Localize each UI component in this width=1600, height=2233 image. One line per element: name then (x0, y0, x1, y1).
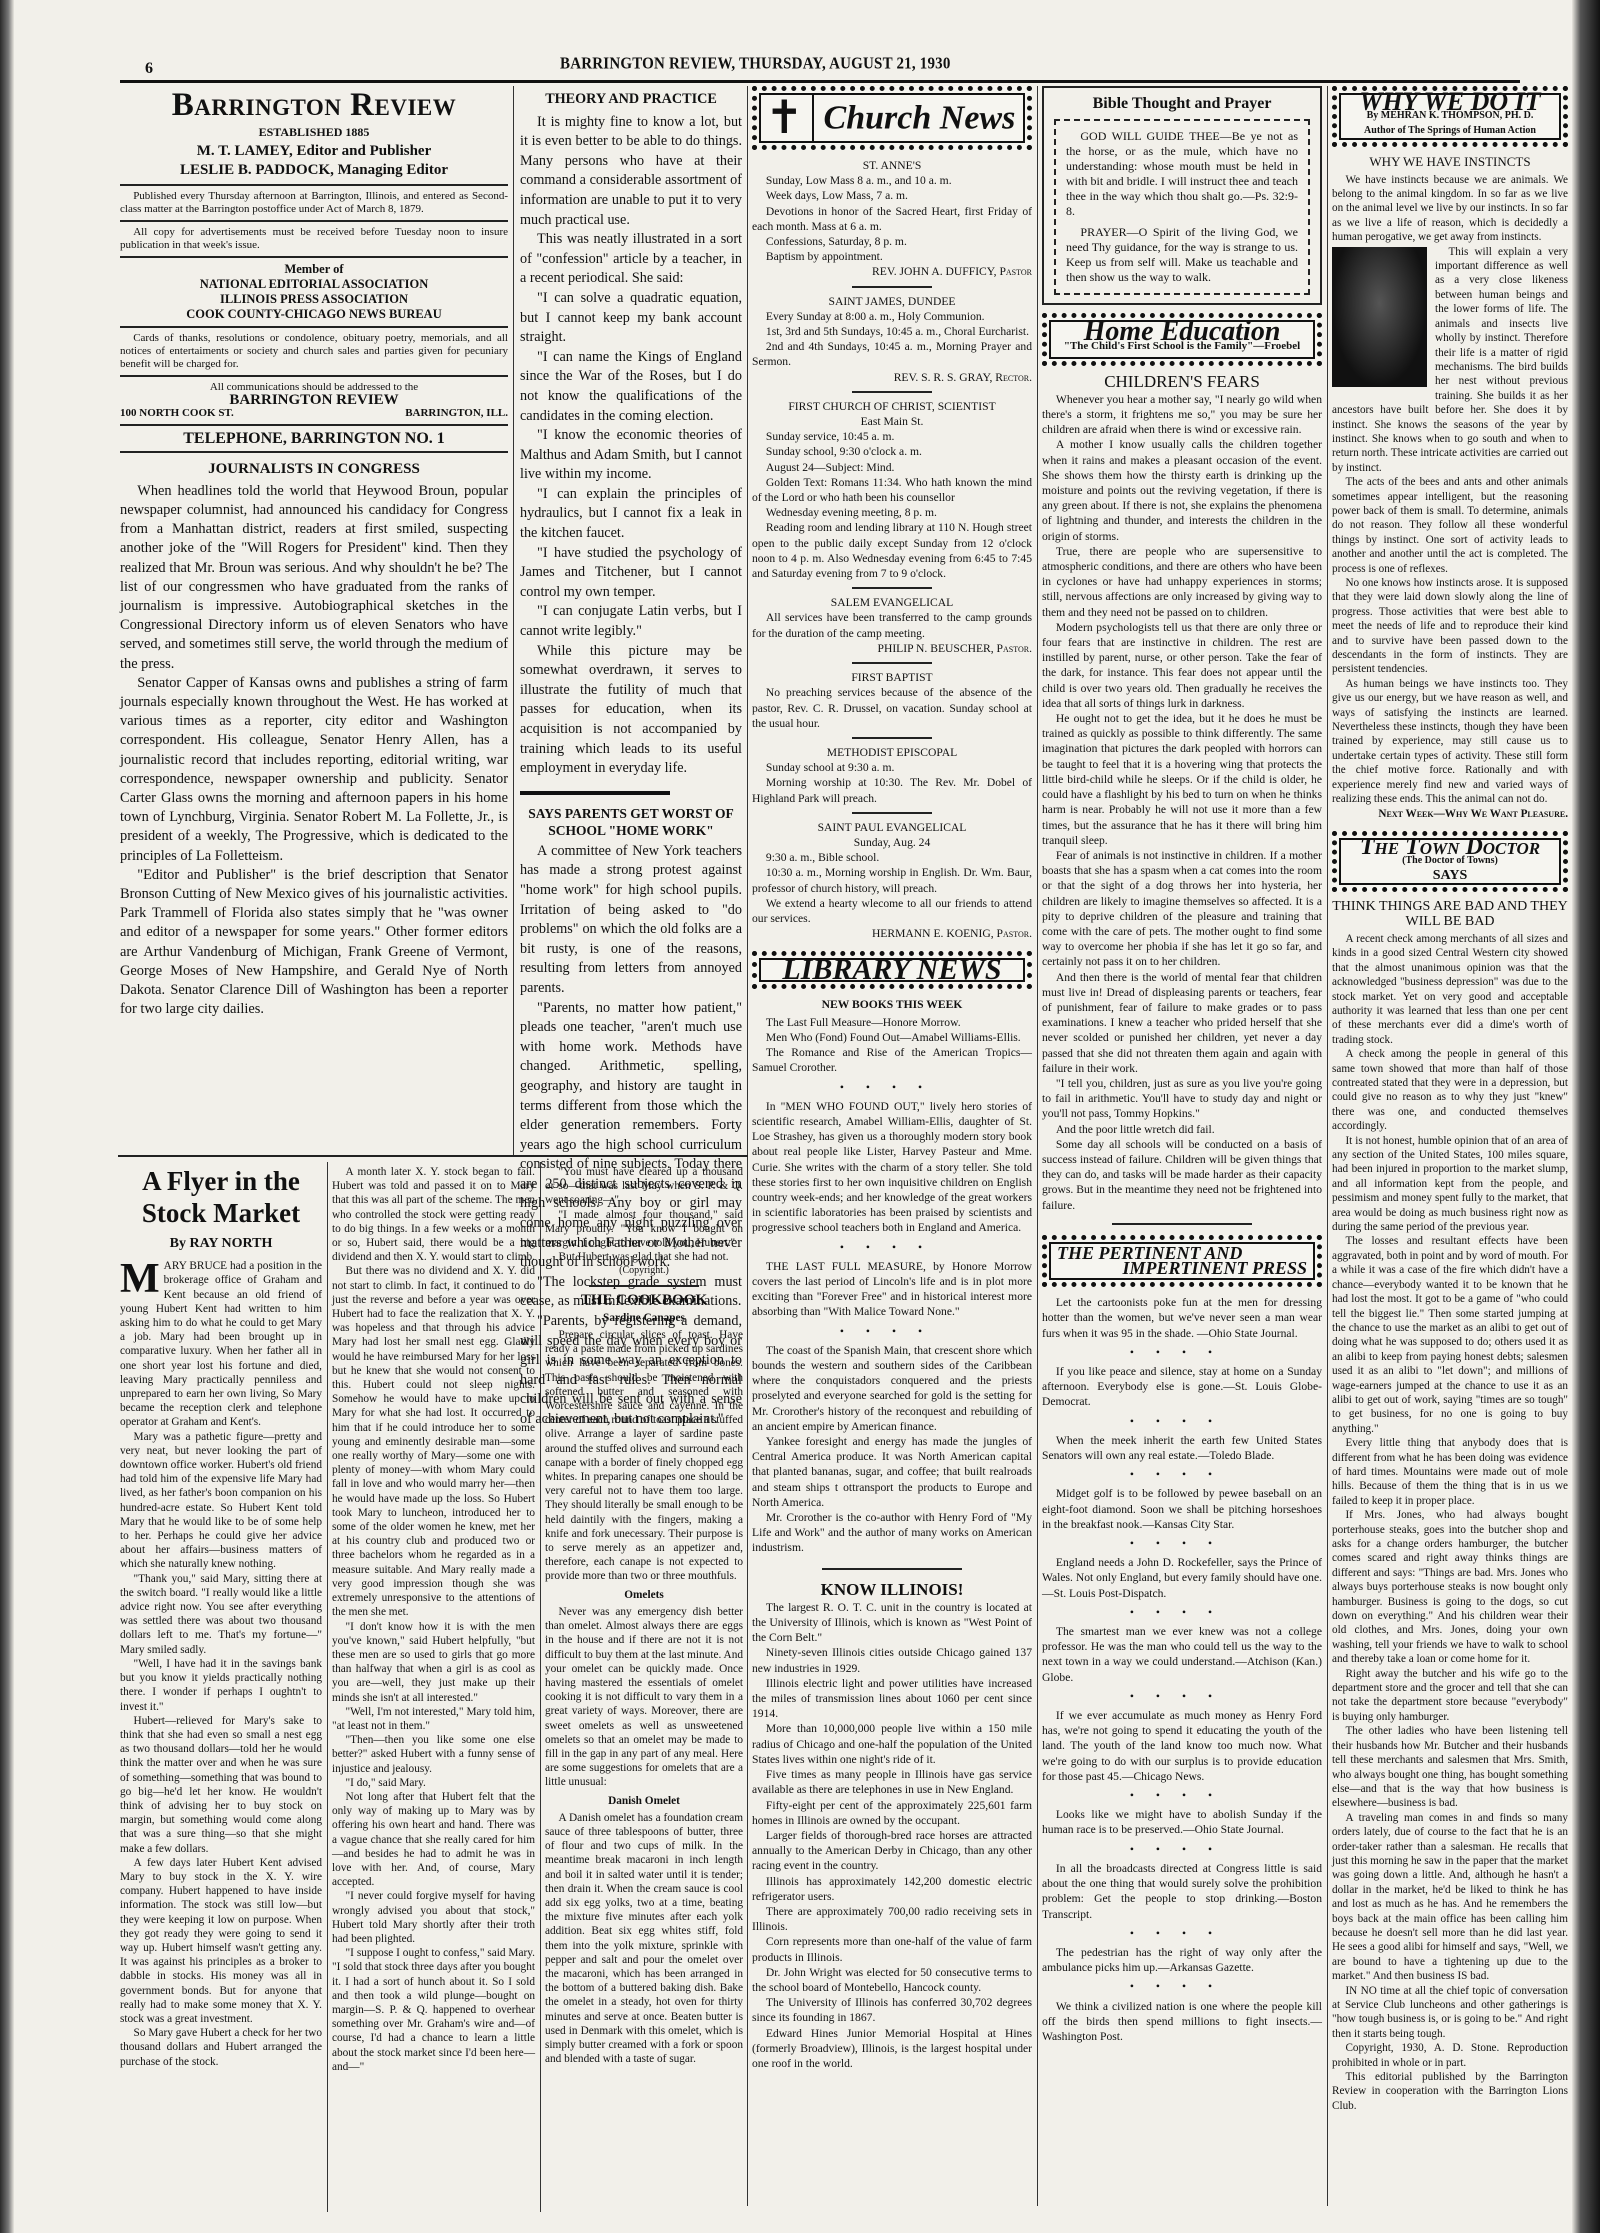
story-copyright: (Copyright.) (545, 1264, 743, 1278)
masthead-ad-notice: All copy for advertisements must be rece… (120, 220, 508, 256)
separator-dots: •••• (752, 1080, 1032, 1095)
church-name: SAINT PAUL EVANGELICAL (752, 820, 1032, 835)
page-scan-edge-left (0, 0, 14, 2233)
homework-heading: SAYS PARENTS GET WORST OF SCHOOL "HOME W… (520, 805, 742, 839)
church-signature: REV. S. R. S. GRAY, Rector. (752, 370, 1032, 385)
library-news-title: LIBRARY NEWS (767, 962, 1017, 977)
town-doctor-article: A recent check among merchants of all si… (1332, 932, 1568, 2113)
recipe-name: Omelets (545, 1588, 743, 1602)
article-paragraph: The acts of the bees and ants and other … (1332, 475, 1568, 576)
illinois-fact: Corn represents more than one-half of th… (752, 1934, 1032, 1964)
story-cookbook-column: "You must have cleared up a thousand or … (545, 1165, 743, 2066)
illinois-fact: Fifty-eight per cent of the approximatel… (752, 1798, 1032, 1828)
illinois-fact: Five times as many people in Illinois ha… (752, 1767, 1032, 1797)
section-rule (822, 1568, 962, 1570)
story-paragraph: "Then—then you like some one else better… (332, 1733, 535, 1776)
article-paragraph: A recent check among merchants of all si… (1332, 932, 1568, 1047)
story-paragraph: But Hubert was glad that she had not. (545, 1250, 743, 1264)
section-rule (852, 286, 932, 288)
book-listing: Men Who (Fond) Found Out—Amabel Williams… (752, 1030, 1032, 1045)
bible-education-column: Bible Thought and Prayer GOD WILL GUIDE … (1042, 86, 1322, 2044)
separator-dots: •••• (1042, 1842, 1322, 1857)
book-review: The coast of the Spanish Main, that cres… (752, 1343, 1032, 1434)
story-paragraph: A month later X. Y. stock began to fail.… (332, 1165, 535, 1264)
column-rule (327, 1162, 328, 2212)
article-paragraph: Every little thing that anybody does tha… (1332, 1436, 1568, 1508)
separator-dots: •••• (1042, 1345, 1322, 1360)
church-signature: PHILIP N. BEUSCHER, Pastor. (752, 641, 1032, 656)
masthead-telephone: TELEPHONE, BARRINGTON NO. 1 (120, 424, 508, 454)
why-we-do-it-banner: WHY WE DO IT By MEHRAN K. THOMPSON, PH. … (1332, 86, 1568, 147)
press-quip: In all the broadcasts directed at Congre… (1042, 1861, 1322, 1922)
address-city: BARRINGTON, ILL. (405, 407, 508, 420)
section-rule (852, 662, 932, 664)
article-paragraph: Senator Capper of Kansas owns and publis… (120, 674, 508, 866)
article-paragraph: And the poor little wretch did fail. (1042, 1122, 1322, 1137)
story-byline: By RAY NORTH (120, 1237, 322, 1251)
story-paragraph: "Well, I'm not interested," Mary told hi… (332, 1705, 535, 1733)
illinois-fact: Edward Hines Junior Memorial Hospital at… (752, 2026, 1032, 2072)
know-illinois-heading: KNOW ILLINOIS! (752, 1582, 1032, 1597)
bible-thought-box: Bible Thought and Prayer GOD WILL GUIDE … (1042, 86, 1322, 305)
church-service-line: Sunday, Low Mass 8 a. m., and 10 a. m. (752, 173, 1032, 188)
article-paragraph: It is not honest, humble opinion that of… (1332, 1134, 1568, 1235)
church-name: ST. ANNE'S (752, 158, 1032, 173)
top-rule (120, 80, 1520, 83)
illinois-fact: Illinois electric light and power utilit… (752, 1676, 1032, 1722)
story-paragraph: Not long after that Hubert felt that the… (332, 1790, 535, 1889)
church-service-line: Devotions in honor of the Sacred Heart, … (752, 204, 1032, 234)
illinois-fact: The University of Illinois has conferred… (752, 1995, 1032, 2025)
article-paragraph: Right away the butcher and his wife go t… (1332, 1667, 1568, 1725)
pertinent-items: Let the cartoonists poke fun at the men … (1042, 1295, 1322, 2044)
cookbook-heading: THE COOKBOOK (545, 1293, 743, 1307)
section-rule (852, 587, 932, 589)
article-paragraph: A traveling man comes in and finds so ma… (1332, 1811, 1568, 1984)
story-paragraph: MARY BRUCE had a position in the brokera… (120, 1259, 322, 1429)
story-text-part-1: MARY BRUCE had a position in the brokera… (120, 1259, 322, 2069)
section-rule (1112, 1223, 1252, 1225)
article-paragraph: A committee of New York teachers has mad… (520, 842, 742, 999)
masthead-editor: M. T. LAMEY, Editor and Publisher (120, 142, 508, 161)
article-paragraph: Copyright, 1930, A. D. Stone. Reproducti… (1332, 2041, 1568, 2070)
church-name: SALEM EVANGELICAL (752, 595, 1032, 610)
book-review: In "MEN WHO FOUND OUT," lively hero stor… (752, 1099, 1032, 1236)
story-column-1: A Flyer in the Stock Market By RAY NORTH… (120, 1165, 322, 2069)
story-paragraph: A few days later Hubert Kent advised Mar… (120, 1856, 322, 2026)
press-quip: England needs a John D. Rockefeller, say… (1042, 1555, 1322, 1601)
church-service-line: Sunday school, 9:30 o'clock a. m. (752, 444, 1032, 459)
home-education-tagline: "The Child's First School is the Family"… (1057, 339, 1307, 354)
section-rule (852, 391, 932, 393)
editorial-column: Barrington Review ESTABLISHED 1885 M. T.… (120, 86, 508, 1019)
column-rule (513, 86, 514, 1156)
article-paragraph: "I tell you, children, just as sure as y… (1042, 1076, 1322, 1122)
journalists-heading: JOURNALISTS IN CONGRESS (120, 461, 508, 479)
address-street: 100 NORTH COOK ST. (120, 407, 234, 420)
address-name: BARRINGTON REVIEW (120, 394, 508, 407)
town-doctor-banner: The Town Doctor (The Doctor of Towns) SA… (1332, 831, 1568, 892)
church-signature: REV. JOHN A. DUFFICY, Pastor (752, 264, 1032, 279)
church-subheading: East Main St. (752, 414, 1032, 429)
church-service-line: 10:30 a. m., Morning worship in English.… (752, 865, 1032, 895)
separator-dots: •••• (752, 1324, 1032, 1339)
church-service-line: Reading room and lending library at 110 … (752, 520, 1032, 581)
story-paragraph: "I do," said Mary. (332, 1776, 535, 1790)
association: NATIONAL EDITORIAL ASSOCIATION (120, 277, 508, 292)
page-scan-edge-right (1572, 0, 1600, 2233)
story-paragraph: But there was no dividend and X. Y. did … (332, 1264, 535, 1619)
next-week-note: Next Week—Why We Want Pleasure. (1332, 807, 1568, 821)
article-paragraph: "I can name the Kings of England since t… (520, 348, 742, 426)
press-quip: If you like peace and silence, stay at h… (1042, 1364, 1322, 1410)
section-rule (589, 1285, 699, 1287)
article-paragraph: Some day all schools will be conducted o… (1042, 1137, 1322, 1213)
article-paragraph: This was neatly illustrated in a sort of… (520, 230, 742, 289)
town-doctor-says: SAYS (1343, 869, 1557, 883)
article-paragraph: "I can conjugate Latin verbs, but I cann… (520, 602, 742, 641)
column-rule (1037, 86, 1038, 2206)
story-paragraph: "I suppose I ought to confess," said Mar… (332, 1946, 535, 2074)
article-paragraph: The losses and resultant effects have be… (1332, 1234, 1568, 1436)
article-paragraph: "Editor and Publisher" is the brief desc… (120, 866, 508, 1020)
church-service-line: Confessions, Saturday, 8 p. m. (752, 234, 1032, 249)
illinois-fact: There are approximately 700,00 radio rec… (752, 1904, 1032, 1934)
article-paragraph: It is mighty fine to know a lot, but it … (520, 113, 742, 231)
why-doctor-column: WHY WE DO IT By MEHRAN K. THOMPSON, PH. … (1332, 86, 1568, 2113)
church-service-line: 2nd and 4th Sundays, 10:45 a. m., Mornin… (752, 339, 1032, 369)
separator-dots: •••• (1042, 1979, 1322, 1994)
new-books-heading: NEW BOOKS THIS WEEK (752, 997, 1032, 1012)
church-service-line: Wednesday evening meeting, 8 p. m. (752, 505, 1032, 520)
church-service-line: Every Sunday at 8:00 a. m., Holy Communi… (752, 309, 1032, 324)
story-paragraph: "I don't know how it is with the men you… (332, 1620, 535, 1705)
press-quip: Midget golf is to be followed by pewee b… (1042, 1486, 1322, 1532)
article-paragraph: If Mrs. Jones, who had always bought por… (1332, 1508, 1568, 1666)
article-paragraph: And then there is the world of mental fe… (1042, 970, 1322, 1076)
article-paragraph: "I have studied the psychology of James … (520, 544, 742, 603)
illinois-fact: More than 10,000,000 people live within … (752, 1721, 1032, 1767)
story-text-part-2: A month later X. Y. stock began to fail.… (332, 1165, 535, 2074)
press-quip: When the meek inherit the earth few Unit… (1042, 1433, 1322, 1463)
pertinent-press-banner: THE PERTINENT AND IMPERTINENT PRESS (1042, 1235, 1322, 1287)
church-service-line: No preaching services because of the abs… (752, 685, 1032, 731)
bible-inner-box: GOD WILL GUIDE THEE—Be ye not as the hor… (1054, 119, 1310, 295)
masthead-published-notice: Published every Thursday afternoon at Ba… (120, 184, 508, 220)
story-paragraph: Hubert—relieved for Mary's sake to think… (120, 1714, 322, 1856)
church-name: METHODIST EPISCOPAL (752, 745, 1032, 760)
press-quip: We think a civilized nation is one where… (1042, 1999, 1322, 2045)
church-news-banner: ✝Church News (752, 86, 1032, 150)
press-quip: Let the cartoonists poke fun at the men … (1042, 1295, 1322, 1341)
church-service-line: 9:30 a. m., Bible school. (752, 850, 1032, 865)
church-library-column: ✝Church News ST. ANNE'SSunday, Low Mass … (752, 86, 1032, 2071)
story-paragraph: "Thank you," said Mary, sitting there at… (120, 1572, 322, 1657)
article-paragraph: Whenever you hear a mother say, "I nearl… (1042, 392, 1322, 438)
book-review: THE LAST FULL MEASURE, by Honore Morrow … (752, 1259, 1032, 1320)
article-paragraph: "I can explain the principles of hydraul… (520, 485, 742, 544)
separator-dots: •••• (1042, 1536, 1322, 1551)
article-paragraph: We have instincts because we are animals… (1332, 173, 1568, 245)
book-review: Mr. Crorother is the co-author with Henr… (752, 1510, 1032, 1556)
article-paragraph: This editorial published by the Barringt… (1332, 2070, 1568, 2113)
article-paragraph: True, there are people who are supersens… (1042, 544, 1322, 620)
page-number: 6 (145, 60, 153, 78)
press-quip: The smartest man we ever knew was not a … (1042, 1624, 1322, 1685)
column-rule (1327, 86, 1328, 2206)
masthead-managing-editor: LESLIE B. PADDOCK, Managing Editor (120, 161, 508, 180)
article-paragraph: While this picture may be somewhat overd… (520, 642, 742, 779)
article-paragraph: The other ladies who have been listening… (1332, 1724, 1568, 1810)
church-service-line: Sunday service, 10:45 a. m. (752, 429, 1032, 444)
running-head: BARRINGTON REVIEW, THURSDAY, AUGUST 21, … (560, 55, 951, 75)
author-photo (1332, 247, 1427, 387)
masthead-cards-notice: Cards of thanks, resolutions or condolen… (120, 326, 508, 375)
article-paragraph: He ought not to get the idea, but it he … (1042, 711, 1322, 848)
church-name: FIRST CHURCH OF CHRIST, SCIENTIST (752, 399, 1032, 414)
separator-dots: •••• (1042, 1605, 1322, 1620)
article-paragraph: A mother I know usually calls the childr… (1042, 437, 1322, 543)
town-doctor-title: The Town Doctor (1343, 840, 1557, 854)
cookbook-recipes: Sardine CanapesPrepare circular slices o… (545, 1311, 743, 2067)
masthead-address: All communications should be addressed t… (120, 375, 508, 424)
separator-dots: •••• (1042, 1467, 1322, 1482)
church-service-line: Baptism by appointment. (752, 249, 1032, 264)
pertinent-title-line2: IMPERTINENT PRESS (1057, 1261, 1307, 1276)
article-paragraph: Modern psychologists tell us that there … (1042, 620, 1322, 711)
church-service-line: Week days, Low Mass, 7 a. m. (752, 188, 1032, 203)
story-paragraph: Mary was a pathetic figure—pretty and ve… (120, 1430, 322, 1572)
illinois-fact: Illinois has approximately 142,200 domes… (752, 1874, 1032, 1904)
article-paragraph: As human beings we have instincts too. T… (1332, 677, 1568, 807)
book-review: Yankee foresight and energy has made the… (752, 1434, 1032, 1510)
church-service-line: All services have been transferred to th… (752, 610, 1032, 640)
cross-icon: ✝ (765, 95, 814, 141)
library-news-banner: LIBRARY NEWS (752, 951, 1032, 988)
article-paragraph: Fear of animals is not instinctive in ch… (1042, 848, 1322, 970)
masthead-established: ESTABLISHED 1885 (120, 124, 508, 142)
church-service-line: Golden Text: Romans 11:34. Who hath know… (752, 475, 1032, 505)
illinois-fact: Ninety-seven Illinois cities outside Chi… (752, 1645, 1032, 1675)
story-text-part-3: "You must have cleared up a thousand or … (545, 1165, 743, 1264)
press-quip: If we ever accumulate as much money as H… (1042, 1708, 1322, 1784)
home-education-title: Home Education (1057, 324, 1307, 339)
church-subheading: Sunday, Aug. 24 (752, 835, 1032, 850)
section-rule (852, 812, 932, 814)
home-education-banner: Home Education "The Child's First School… (1042, 313, 1322, 365)
published-text: Published every Thursday afternoon at Ba… (120, 190, 508, 216)
separator-dots: •••• (1042, 1788, 1322, 1803)
town-doctor-heading: THINK THINGS ARE BAD AND THEY WILL BE BA… (1332, 900, 1568, 929)
ad-copy-text: All copy for advertisements must be rece… (120, 226, 508, 252)
childrens-fears-heading: CHILDREN'S FEARS (1042, 374, 1322, 389)
church-name: SAINT JAMES, DUNDEE (752, 294, 1032, 309)
cards-text: Cards of thanks, resolutions or condolen… (120, 332, 508, 371)
illinois-fact: Larger fields of thorough-bred race hors… (752, 1828, 1032, 1874)
church-service-line: 1st, 3rd and 5th Sundays, 10:45 a. m., C… (752, 324, 1032, 339)
story-column-2: A month later X. Y. stock began to fail.… (332, 1165, 535, 2074)
book-listing: The Last Full Measure—Honore Morrow. (752, 1015, 1032, 1030)
author-note: Author of The Springs of Human Action (1343, 124, 1557, 138)
book-listing: The Romance and Rise of the American Tro… (752, 1045, 1032, 1075)
masthead-memberships: Member of NATIONAL EDITORIAL ASSOCIATION… (120, 256, 508, 326)
section-rule (852, 737, 932, 739)
article-paragraph: No one knows how instincts arose. It is … (1332, 576, 1568, 677)
church-signature: HERMANN E. KOENIG, Pastor. (752, 926, 1032, 941)
separator-dots: •••• (1042, 1926, 1322, 1941)
section-rule (520, 791, 670, 795)
illinois-fact: Dr. John Wright was elected for 50 conse… (752, 1965, 1032, 1995)
recipe-text: A Danish omelet has a foundation cream s… (545, 1811, 743, 2067)
article-paragraph: "I can solve a quadratic equation, but I… (520, 289, 742, 348)
association: ILLINOIS PRESS ASSOCIATION (120, 292, 508, 307)
bible-verse: GOD WILL GUIDE THEE—Be ye not as the hor… (1066, 129, 1298, 219)
press-quip: Looks like we might have to abolish Sund… (1042, 1807, 1322, 1837)
church-news-title: Church News (824, 99, 1016, 136)
illinois-facts: The largest R. O. T. C. unit in the coun… (752, 1600, 1032, 2071)
article-paragraph: "I know the economic theories of Malthus… (520, 426, 742, 485)
story-paragraph: "I made almost four thousand," said Mary… (545, 1208, 743, 1251)
story-paragraph: "I never could forgive myself for having… (332, 1889, 535, 1946)
childrens-fears-article: Whenever you hear a mother say, "I nearl… (1042, 392, 1322, 1213)
prayer-text: PRAYER—O Spirit of the living God, we ne… (1066, 225, 1298, 285)
press-quip: The pedestrian has the right of way only… (1042, 1945, 1322, 1975)
theory-heading: THEORY AND PRACTICE (520, 90, 742, 110)
story-paragraph: "Well, I have had it in the savings bank… (120, 1657, 322, 1714)
church-name: FIRST BAPTIST (752, 670, 1032, 685)
church-listings: ST. ANNE'SSunday, Low Mass 8 a. m., and … (752, 158, 1032, 941)
column-rule (747, 86, 748, 2206)
recipe-name: Danish Omelet (545, 1794, 743, 1808)
separator-dots: •••• (752, 1240, 1032, 1255)
association: COOK COUNTY-CHICAGO NEWS BUREAU (120, 307, 508, 322)
article-paragraph: A check among the people in general of t… (1332, 1047, 1568, 1133)
member-of-label: Member of (120, 262, 508, 277)
separator-dots: •••• (1042, 1689, 1322, 1704)
instincts-heading: WHY WE HAVE INSTINCTS (1332, 155, 1568, 169)
byline: By MEHRAN K. THOMPSON, PH. D. (1343, 109, 1557, 123)
story-paragraph: "You must have cleared up a thousand or … (545, 1165, 743, 1208)
bible-thought-title: Bible Thought and Prayer (1054, 96, 1310, 111)
church-service-line: August 24—Subject: Mind. (752, 460, 1032, 475)
why-we-do-it-title: WHY WE DO IT (1343, 95, 1557, 109)
church-service-line: Morning worship at 10:30. The Rev. Mr. D… (752, 775, 1032, 805)
separator-dots: •••• (1042, 1414, 1322, 1429)
article-paragraph: When headlines told the world that Heywo… (120, 482, 508, 674)
illinois-fact: The largest R. O. T. C. unit in the coun… (752, 1600, 1032, 1646)
article-paragraph: IN NO time at all the chief topic of con… (1332, 1984, 1568, 2042)
recipe-text: Prepare circular slices of toast. Have r… (545, 1328, 743, 1584)
story-title: A Flyer in the Stock Market (120, 1165, 322, 1229)
masthead-title: Barrington Review (120, 86, 508, 124)
church-service-line: We extend a hearty wlecome to all our fr… (752, 896, 1032, 926)
recipe-name: Sardine Canapes (545, 1311, 743, 1325)
church-service-line: Sunday school at 9:30 a. m. (752, 760, 1032, 775)
drop-cap: M (120, 1261, 160, 1297)
recipe-text: Never was any emergency dish better than… (545, 1605, 743, 1790)
story-paragraph: So Mary gave Hubert a check for her two … (120, 2026, 322, 2069)
